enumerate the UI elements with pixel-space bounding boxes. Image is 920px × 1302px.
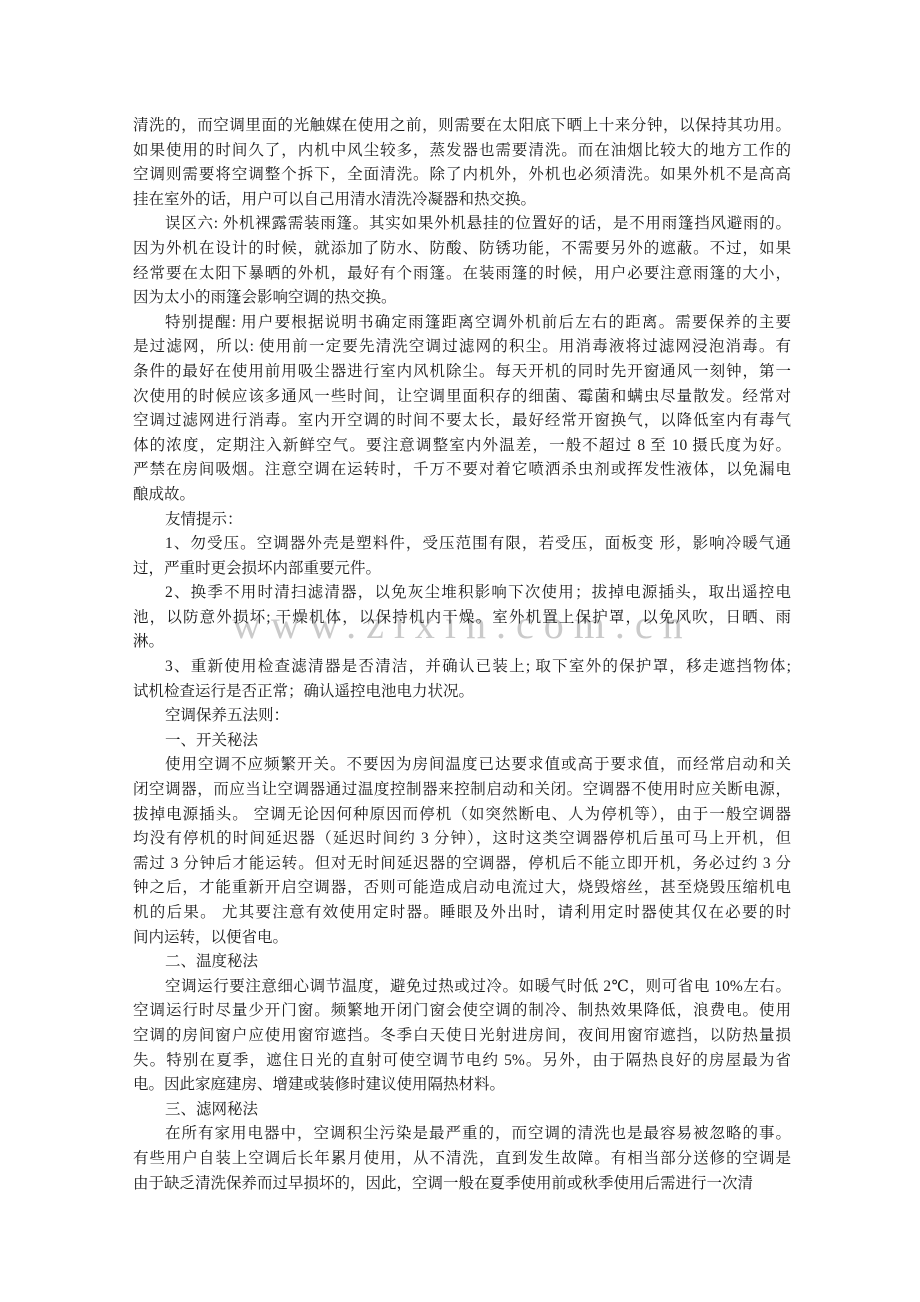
document-page: www.zixin.com.cn 清洗的，而空调里面的光触媒在使用之前，则需要在…: [0, 0, 920, 1302]
text-line: 由于缺乏清洗保养而过早损坏的，因此，空调一般在夏季使用前或秋季使用后需进行一次清: [133, 1172, 791, 1197]
text-line: 因为太小的雨篷会影响空调的热交换。: [133, 286, 791, 311]
text-line: 过，严重时更会损坏内部重要元件。: [133, 557, 791, 582]
text-line: 条件的最好在使用前用吸尘器进行室内风机除尘。每天开机的同时先开窗通风一刻钟，第一: [133, 360, 791, 385]
text-line: 空调的房间窗户应使用窗帘遮挡。冬季白天使日光射进房间，夜间用窗帘遮挡，以防热量损: [133, 1024, 791, 1049]
text-line: 池，以防意外损坏; 干燥机体，以保持机内干燥。室外机置上保护罩，以免风吹，日晒、…: [133, 606, 791, 631]
text-line: 三、滤网秘法: [133, 1098, 791, 1123]
text-line: 在所有家用电器中，空调积尘污染是最严重的，而空调的清洗也是最容易被忽略的事。: [133, 1122, 791, 1147]
text-line: 机的后果。 尤其要注意有效使用定时器。睡眼及外出时，请利用定时器使其仅在必要的时: [133, 901, 791, 926]
text-line: 空调过滤网进行消毒。室内开空调的时间不要太长，最好经常开窗换气，以降低室内有毒气: [133, 409, 791, 434]
text-line: 空调运行要注意细心调节温度，避免过热或过冷。如暖气时低 2℃，则可省电 10%左…: [133, 975, 791, 1000]
text-line: 误区六: 外机裸露需装雨篷。其实如果外机悬挂的位置好的话，是不用雨篷挡风避雨的。: [133, 212, 791, 237]
text-line: 闭空调器，而应当让空调器通过温度控制器来控制启动和关闭。空调器不使用时应关断电源…: [133, 778, 791, 803]
text-line: 均没有停机的时间延迟器（延迟时间约 3 分钟），这时这类空调器停机后虽可马上开机…: [133, 827, 791, 852]
text-line: 需过 3 分钟后才能运转。但对无时间延迟器的空调器，停机后不能立即开机，务必过约…: [133, 852, 791, 877]
text-line: 二、温度秘法: [133, 950, 791, 975]
text-line: 电。因此家庭建房、增建或装修时建议使用隔热材料。: [133, 1073, 791, 1098]
text-line: 清洗的，而空调里面的光触媒在使用之前，则需要在太阳底下晒上十来分钟，以保持其功用…: [133, 114, 791, 139]
text-line: 试机检查运行是否正常；确认遥控电池电力状况。: [133, 680, 791, 705]
text-line: 空调则需要将空调整个拆下，全面清洗。除了内机外，外机也必须清洗。如果外机不是高高: [133, 163, 791, 188]
text-line: 酿成故。: [133, 483, 791, 508]
text-line: 次使用的时候应该多通风一些时间，让空调里面积存的细菌、霉菌和螨虫尽量散发。经常对: [133, 385, 791, 410]
text-line: 空调运行时尽量少开门窗。频繁地开闭门窗会使空调的制冷、制热效果降低，浪费电。使用: [133, 999, 791, 1024]
text-line: 一、开关秘法: [133, 729, 791, 754]
text-line: 使用空调不应频繁开关。不要因为房间温度已达要求值或高于要求值，而经常启动和关: [133, 753, 791, 778]
text-line: 友情提示：: [133, 508, 791, 533]
text-line: 钟之后，才能重新开启空调器，否则可能造成启动电流过大，烧毁熔丝，甚至烧毁压缩机电: [133, 876, 791, 901]
text-line: 拔掉电源插头。 空调无论因何种原因而停机（如突然断电、人为停机等），由于一般空调…: [133, 803, 791, 828]
text-line: 因为外机在设计的时候，就添加了防水、防酸、防锈功能，不需要另外的遮蔽。不过，如果: [133, 237, 791, 262]
text-line: 空调保养五法则：: [133, 704, 791, 729]
text-line: 挂在室外的话，用户可以自己用清水清洗冷凝器和热交换。: [133, 188, 791, 213]
text-line: 严禁在房间吸烟。注意空调在运转时，千万不要对着它喷洒杀虫剂或挥发性液体，以免漏电: [133, 458, 791, 483]
text-line: 有些用户自装上空调后长年累月使用，从不清洗，直到发生故障。有相当部分送修的空调是: [133, 1147, 791, 1172]
text-line: 失。特别在夏季，遮住日光的直射可使空调节电约 5%。另外，由于隔热良好的房屋最为…: [133, 1049, 791, 1074]
text-line: 1、勿受压。空调器外壳是塑料件，受压范围有限，若受压，面板变 形，影响冷暖气通: [133, 532, 791, 557]
text-line: 间内运转，以便省电。: [133, 926, 791, 951]
text-line: 体的浓度，定期注入新鲜空气。要注意调整室内外温差，一般不超过 8 至 10 摄氏…: [133, 434, 791, 459]
text-line: 3、重新使用检查滤清器是否清洁，并确认已装上; 取下室外的保护罩，移走遮挡物体;: [133, 655, 791, 680]
text-line: 2、换季不用时清扫滤清器，以免灰尘堆积影响下次使用；拔掉电源插头，取出遥控电: [133, 581, 791, 606]
text-line: 淋。: [133, 630, 791, 655]
text-line: 是过滤网，所以: 使用前一定要先清洗空调过滤网的积尘。用消毒液将过滤网浸泡消毒。…: [133, 335, 791, 360]
text-line: 如果使用的时间久了，内机中风尘较多，蒸发器也需要清洗。而在油烟比较大的地方工作的: [133, 139, 791, 164]
text-line: 经常要在太阳下暴晒的外机，最好有个雨篷。在装雨篷的时候，用户必要注意雨篷的大小，: [133, 262, 791, 287]
text-line: 特别提醒: 用户要根据说明书确定雨篷距离空调外机前后左右的距离。需要保养的主要: [133, 311, 791, 336]
document-body: 清洗的，而空调里面的光触媒在使用之前，则需要在太阳底下晒上十来分钟，以保持其功用…: [133, 114, 791, 1196]
